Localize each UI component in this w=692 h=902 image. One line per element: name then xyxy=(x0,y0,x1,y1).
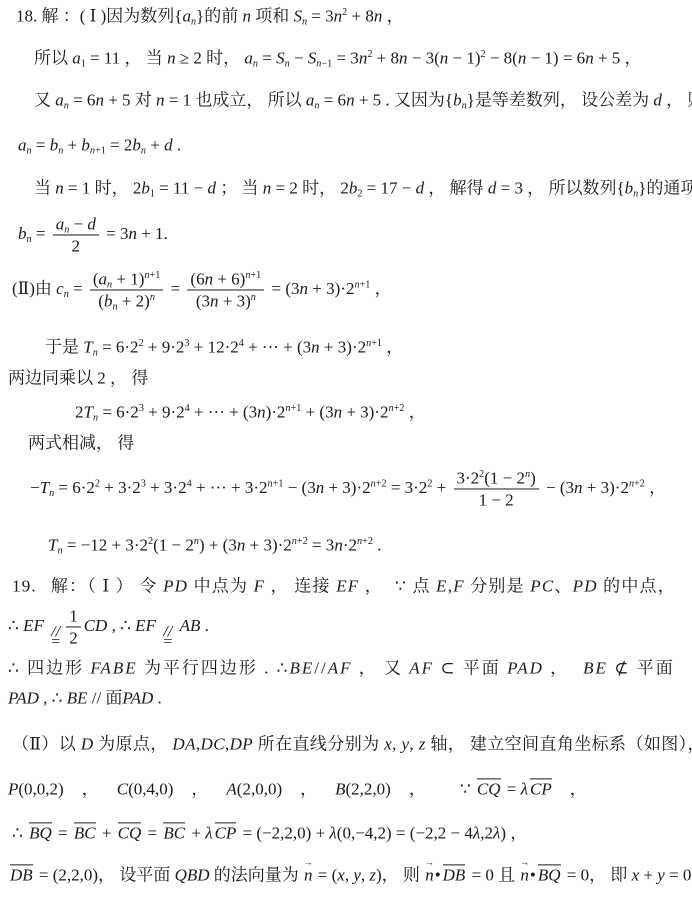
text-line-1: 18. 解 ：( Ⅰ )因为数列{an}的前 n 项和 Sn = 3n2 + 8… xyxy=(16,5,404,26)
formula-run: CQ xyxy=(118,823,142,842)
formula-run: = xyxy=(32,224,50,243)
text-line-18: （Ⅱ）以 D 为原点， DA,DC,DP 所在直线分别为 x, y, z 轴， … xyxy=(12,733,692,754)
formula-run: n+1 xyxy=(144,270,160,281)
parallel-equal-symbol: //= xyxy=(51,628,60,648)
text-line-3: 又 an = 6n + 5 对 n = 1 也成立， 所以 an = 6n + … xyxy=(34,89,692,110)
equal-symbol: = xyxy=(51,638,60,648)
formula-run: 两边同乘以 2 ， 得 xyxy=(8,368,148,387)
text-line-13: Tn = −12 + 3·22(1 − 2n) + (3n + 3)·2n+2 … xyxy=(48,534,381,555)
formula-run: b xyxy=(18,224,27,243)
formula-run: ， xyxy=(645,478,666,497)
formula-run: ∵ xyxy=(460,779,475,798)
superscript: n+2 xyxy=(389,403,405,414)
formula-run: = 0， 即 x + y = 0 且 xyxy=(563,865,692,884)
formula-run: = 11 − d ； 当 n = 2 时， 2b xyxy=(155,178,357,197)
formula-run: }是等差数列， 设公差为 d ， 则 xyxy=(467,90,692,109)
vector-arrow-icon: → xyxy=(304,860,313,869)
vector-overline: CP xyxy=(530,778,552,798)
formula-run: n+1 xyxy=(90,145,106,156)
text-line-20: ∴ BQ = BC + CQ = BC + λCP = (−2,2,0) + λ… xyxy=(12,822,527,843)
vector-overline: CQ xyxy=(118,822,142,842)
formula-run: (6n + 6) xyxy=(190,269,245,288)
formula-run: = 11 ， 当 n ≥ 2 时， a xyxy=(86,48,253,67)
formula-run: + 2) xyxy=(118,292,150,311)
formula-run: + 1) xyxy=(112,269,144,288)
formula-run: + 12·2 xyxy=(190,337,239,356)
formula-run: + 3·2 xyxy=(100,478,141,497)
formula-run: 于是 T xyxy=(45,337,93,356)
formula-run: • xyxy=(435,865,441,884)
formula-run: = 6n + 5 . 又因为{b xyxy=(319,90,461,109)
formula-run: = 3n + 1. xyxy=(102,224,168,243)
formula-run: + 9·2 xyxy=(144,402,185,421)
text-line-21: DB = (2,2,0)， 设平面 QBD 的法向量为 →n = (x, y, … xyxy=(8,864,692,885)
formula-run: CP xyxy=(215,823,237,842)
formula-run: = 6·2 xyxy=(98,402,139,421)
fraction: (an + 1)n+1(bn + 2)n xyxy=(90,269,163,310)
formula-run: BQ xyxy=(538,865,561,884)
fraction-denominator: 2 xyxy=(66,627,81,647)
formula-run: n+1 xyxy=(268,479,284,490)
text-line-10: 2Tn = 6·23 + 9·24 + ··· + (3n)·2n+1 + (3… xyxy=(75,401,426,422)
text-line-19: P(0,0,2)，C(0,4,0)，A(2,0,0)，B(2,2,0)，∵ CQ… xyxy=(8,778,587,799)
formula-run: − S xyxy=(290,48,317,67)
formula-run: = (x, y, z)， 则 xyxy=(314,865,425,884)
formula-run: + 3·2 xyxy=(146,478,187,497)
vector-arrow: →n xyxy=(304,864,313,885)
superscript: n+2 xyxy=(357,536,373,547)
formula-run: − (3n + 3)·2 xyxy=(283,478,370,497)
formula-run: （Ⅱ）以 D 为原点， DA,DC,DP 所在直线分别为 x, y, z 轴， … xyxy=(12,734,692,753)
superscript: n+1 xyxy=(285,403,301,414)
formula-run: = 17 − d ， 解得 d = 3 ， 所以数列{b xyxy=(362,178,633,197)
formula-run: = xyxy=(54,823,72,842)
vector-arrow: →n xyxy=(520,864,529,885)
superscript: n+1 xyxy=(366,338,382,349)
formula-run: + 9·2 xyxy=(144,337,185,356)
formula-run: 1 xyxy=(69,606,78,625)
formula-run: n+1 xyxy=(354,280,370,291)
formula-run: + ··· + (3n)·2 xyxy=(190,402,286,421)
formula-run: a xyxy=(56,214,65,233)
formula-run: = 2b xyxy=(106,135,141,154)
formula-run: 所以 a xyxy=(34,48,81,67)
formula-run: (Ⅱ)由 c xyxy=(12,279,64,298)
formula-run: }的通项公式为 xyxy=(638,178,692,197)
formula-run: n+2 xyxy=(629,479,645,490)
formula-run: = 3n xyxy=(332,48,367,67)
formula-run: ∴ 四边形 FABE 为平行四边形 . ∴BE//AF ， 又 AF ⊂ 平面 … xyxy=(8,658,569,677)
formula-run: + λ xyxy=(187,823,212,842)
text-line-8: 于是 Tn = 6·22 + 9·23 + 12·24 + ··· + (3n … xyxy=(45,336,403,357)
text-line-5: 当 n = 1 时， 2b1 = 11 − d ； 当 n = 2 时， 2b2… xyxy=(34,177,692,198)
formula-run: (a xyxy=(93,269,107,288)
formula-run: PAD , ∴ BE // 面PAD . xyxy=(8,688,162,707)
formula-run: = λ xyxy=(503,779,528,798)
formula-run: = xyxy=(166,279,184,298)
fraction: (6n + 6)n+1(3n + 3)n xyxy=(187,269,264,310)
formula-run: + d . xyxy=(146,135,181,154)
formula-run: B(2,2,0) xyxy=(335,779,391,798)
vector-overline: BQ xyxy=(538,864,561,884)
vector-overline: BC xyxy=(74,822,96,842)
formula-run: n+2 xyxy=(292,536,308,547)
formula-run: − 8(n − 1) = 6n + 5 ， xyxy=(486,48,642,67)
formula-run: ∴ xyxy=(12,823,27,842)
formula-run: + (3n + 3)·2 xyxy=(301,402,388,421)
formula-run: = −12 + 3·2 xyxy=(63,535,148,554)
vector-overline: DB xyxy=(443,864,466,884)
formula-run: n xyxy=(251,292,256,303)
formula-run: = (2,2,0)， 设平面 QBD 的法向量为 xyxy=(35,865,303,884)
formula-run: 18. 解 ：( Ⅰ )因为数列{a xyxy=(16,6,191,25)
vector-arrow-icon: → xyxy=(520,860,529,869)
formula-run: = S xyxy=(258,48,285,67)
subscript: n+1 xyxy=(90,145,106,156)
fraction-denominator: (3n + 3)n xyxy=(193,291,259,311)
formula-run: 解：（ Ⅰ ） 令 PD 中点为 F ， 连接 EF ， xyxy=(51,576,383,595)
formula-run: 当 n = 1 时， 2b xyxy=(34,178,150,197)
text-line-2: 所以 a1 = 11 ， 当 n ≥ 2 时， an = Sn − Sn−1 =… xyxy=(34,47,642,68)
formula-run: BC xyxy=(74,823,96,842)
parallel-equal-symbol: //= xyxy=(163,628,172,648)
formula-run: A(2,0,0) xyxy=(226,779,282,798)
formula-run: + 8n − 3(n − 1) xyxy=(372,48,480,67)
fraction-denominator: 1 − 2 xyxy=(476,490,517,510)
formula-run: = b xyxy=(32,135,59,154)
formula-run: 2T xyxy=(75,402,93,421)
formula-run: = 6·2 xyxy=(54,478,95,497)
formula-run: + ··· + 3·2 xyxy=(192,478,268,497)
formula-run: = 6·2 xyxy=(98,337,139,356)
formula-run: n+2 xyxy=(357,536,373,547)
fraction-denominator: (bn + 2)n xyxy=(95,291,158,311)
superscript: n+1 xyxy=(144,270,160,281)
formula-run: + xyxy=(98,823,116,842)
superscript: n+2 xyxy=(292,536,308,547)
formula-run: 1 − 2 xyxy=(479,491,514,510)
text-line-7: (Ⅱ)由 cn = (an + 1)n+1(bn + 2)n = (6n + 6… xyxy=(12,269,392,310)
formula-run: n+2 xyxy=(371,479,387,490)
formula-run: + ··· + (3n + 3)·2 xyxy=(244,337,366,356)
text-line-16: ∴ 四边形 FABE 为平行四边形 . ∴BE//AF ， 又 AF ⊂ 平面 … xyxy=(8,657,675,678)
text-line-14: 19.解：（ Ⅰ ） 令 PD 中点为 F ， 连接 EF ，∵ 点 E,F 分… xyxy=(12,575,676,596)
formula-run: ， xyxy=(300,779,317,798)
text-line-12: −Tn = 6·22 + 3·23 + 3·24 + ··· + 3·2n+1 … xyxy=(30,468,666,509)
formula-run: CP xyxy=(530,779,552,798)
fraction: 3·22(1 − 2n)1 − 2 xyxy=(454,468,539,509)
superscript: n+1 xyxy=(245,270,261,281)
vector-arrow-icon: → xyxy=(425,860,434,869)
fraction-denominator: 2 xyxy=(69,236,84,256)
fraction-numerator: 1 xyxy=(66,606,81,627)
formula-run: BQ xyxy=(29,823,52,842)
text-line-9: 两边同乘以 2 ， 得 xyxy=(8,367,148,388)
text-line-4: an = bn + bn+1 = 2bn + d . xyxy=(18,134,181,155)
formula-run: ， xyxy=(409,779,426,798)
formula-run: + b xyxy=(63,135,90,154)
formula-run: ， xyxy=(370,279,391,298)
formula-run: ， xyxy=(382,337,403,356)
vector-overline: BC xyxy=(163,822,185,842)
formula-run: n−1 xyxy=(316,58,332,69)
formula-run: n+1 xyxy=(245,270,261,281)
formula-run: ， xyxy=(570,779,587,798)
fraction-numerator: an − d xyxy=(53,214,99,235)
superscript: n xyxy=(150,292,155,303)
formula-run: (1 − 2 xyxy=(484,468,525,487)
formula-run: = xyxy=(143,823,161,842)
formula-run: ) + (3n + 3)·2 xyxy=(199,535,292,554)
formula-run: DB xyxy=(443,865,466,884)
formula-run: CD , ∴ EF xyxy=(84,616,160,635)
vector-overline: BQ xyxy=(29,822,52,842)
formula-run: = 3n xyxy=(307,6,342,25)
formula-run: . xyxy=(373,535,382,554)
equal-symbol: = xyxy=(163,638,172,648)
formula-run: + xyxy=(432,478,450,497)
vector-overline: CP xyxy=(215,822,237,842)
text-line-11: 两式相减， 得 xyxy=(28,432,134,453)
superscript: n xyxy=(251,292,256,303)
formula-run: − (3n + 3)·2 xyxy=(542,478,629,497)
formula-run: = (3n + 3)·2 xyxy=(267,279,354,298)
formula-run: n+1 xyxy=(366,338,382,349)
superscript: n+1 xyxy=(268,479,284,490)
formula-run: − d xyxy=(69,214,96,233)
formula-run: BE ⊄ 平面 xyxy=(583,658,675,677)
formula-run: = 3·2 xyxy=(387,478,428,497)
formula-run: ， xyxy=(191,779,208,798)
formula-run: = 6n + 5 对 n = 1 也成立， 所以 a xyxy=(69,90,315,109)
formula-run: 2 xyxy=(72,237,81,256)
formula-run: (b xyxy=(98,292,112,311)
formula-run: = 3n·2 xyxy=(308,535,357,554)
formula-run: = (−2,2,0) + λ(0,−4,2) = (−2,2 − 4λ,2λ) … xyxy=(238,823,527,842)
fraction-numerator: (an + 1)n+1 xyxy=(90,269,163,290)
fraction: an − d2 xyxy=(53,214,99,255)
formula-run: AB . xyxy=(175,616,209,635)
fraction-numerator: 3·22(1 − 2n) xyxy=(454,468,539,489)
formula-run: (1 − 2 xyxy=(153,535,194,554)
formula-run: n+2 xyxy=(389,403,405,414)
formula-run: C(0,4,0) xyxy=(117,779,174,798)
formula-run: }的前 n 项和 S xyxy=(196,6,302,25)
formula-run: + 8n ， xyxy=(347,6,403,25)
text-line-15: ∴ EF //=12CD , ∴ EF //= AB . xyxy=(8,606,209,647)
vector-overline: CQ xyxy=(477,778,501,798)
formula-run: −T xyxy=(30,478,49,497)
formula-run: BC xyxy=(163,823,185,842)
formula-run: DB xyxy=(10,865,33,884)
text-line-17: PAD , ∴ BE // 面PAD . xyxy=(8,687,162,708)
formula-run: P(0,0,2) xyxy=(8,779,64,798)
formula-run: CQ xyxy=(477,779,501,798)
formula-run: 又 a xyxy=(34,90,64,109)
formula-run: 3·2 xyxy=(457,468,480,487)
subscript: n−1 xyxy=(316,58,332,69)
document-page: 18. 解 ：( Ⅰ )因为数列{an}的前 n 项和 Sn = 3n2 + 8… xyxy=(0,0,692,902)
formula-run: ， xyxy=(404,402,425,421)
formula-run: ) xyxy=(530,468,536,487)
formula-run: a xyxy=(18,135,27,154)
fraction: 12 xyxy=(66,606,81,647)
vector-overline: DB xyxy=(10,864,33,884)
superscript: n+1 xyxy=(354,280,370,291)
formula-run: n+1 xyxy=(285,403,301,414)
formula-run: 两式相减， 得 xyxy=(28,433,134,452)
formula-run: n xyxy=(150,292,155,303)
text-line-6: bn = an − d2 = 3n + 1. xyxy=(18,214,168,255)
formula-run: 2 xyxy=(69,628,78,647)
formula-run: 19. xyxy=(12,576,37,595)
formula-run: ， xyxy=(82,779,99,798)
superscript: n+2 xyxy=(629,479,645,490)
formula-run: = 0 且 xyxy=(467,865,519,884)
formula-run: ∵ 点 E,F 分别是 PC、PD 的中点， xyxy=(395,576,676,595)
formula-run: ∴ EF xyxy=(8,616,48,635)
superscript: n+2 xyxy=(371,479,387,490)
formula-run: = xyxy=(69,279,87,298)
vector-arrow: →n xyxy=(425,864,434,885)
fraction-numerator: (6n + 6)n+1 xyxy=(187,269,264,290)
formula-run: • xyxy=(530,865,536,884)
formula-run: (3n + 3) xyxy=(196,292,251,311)
